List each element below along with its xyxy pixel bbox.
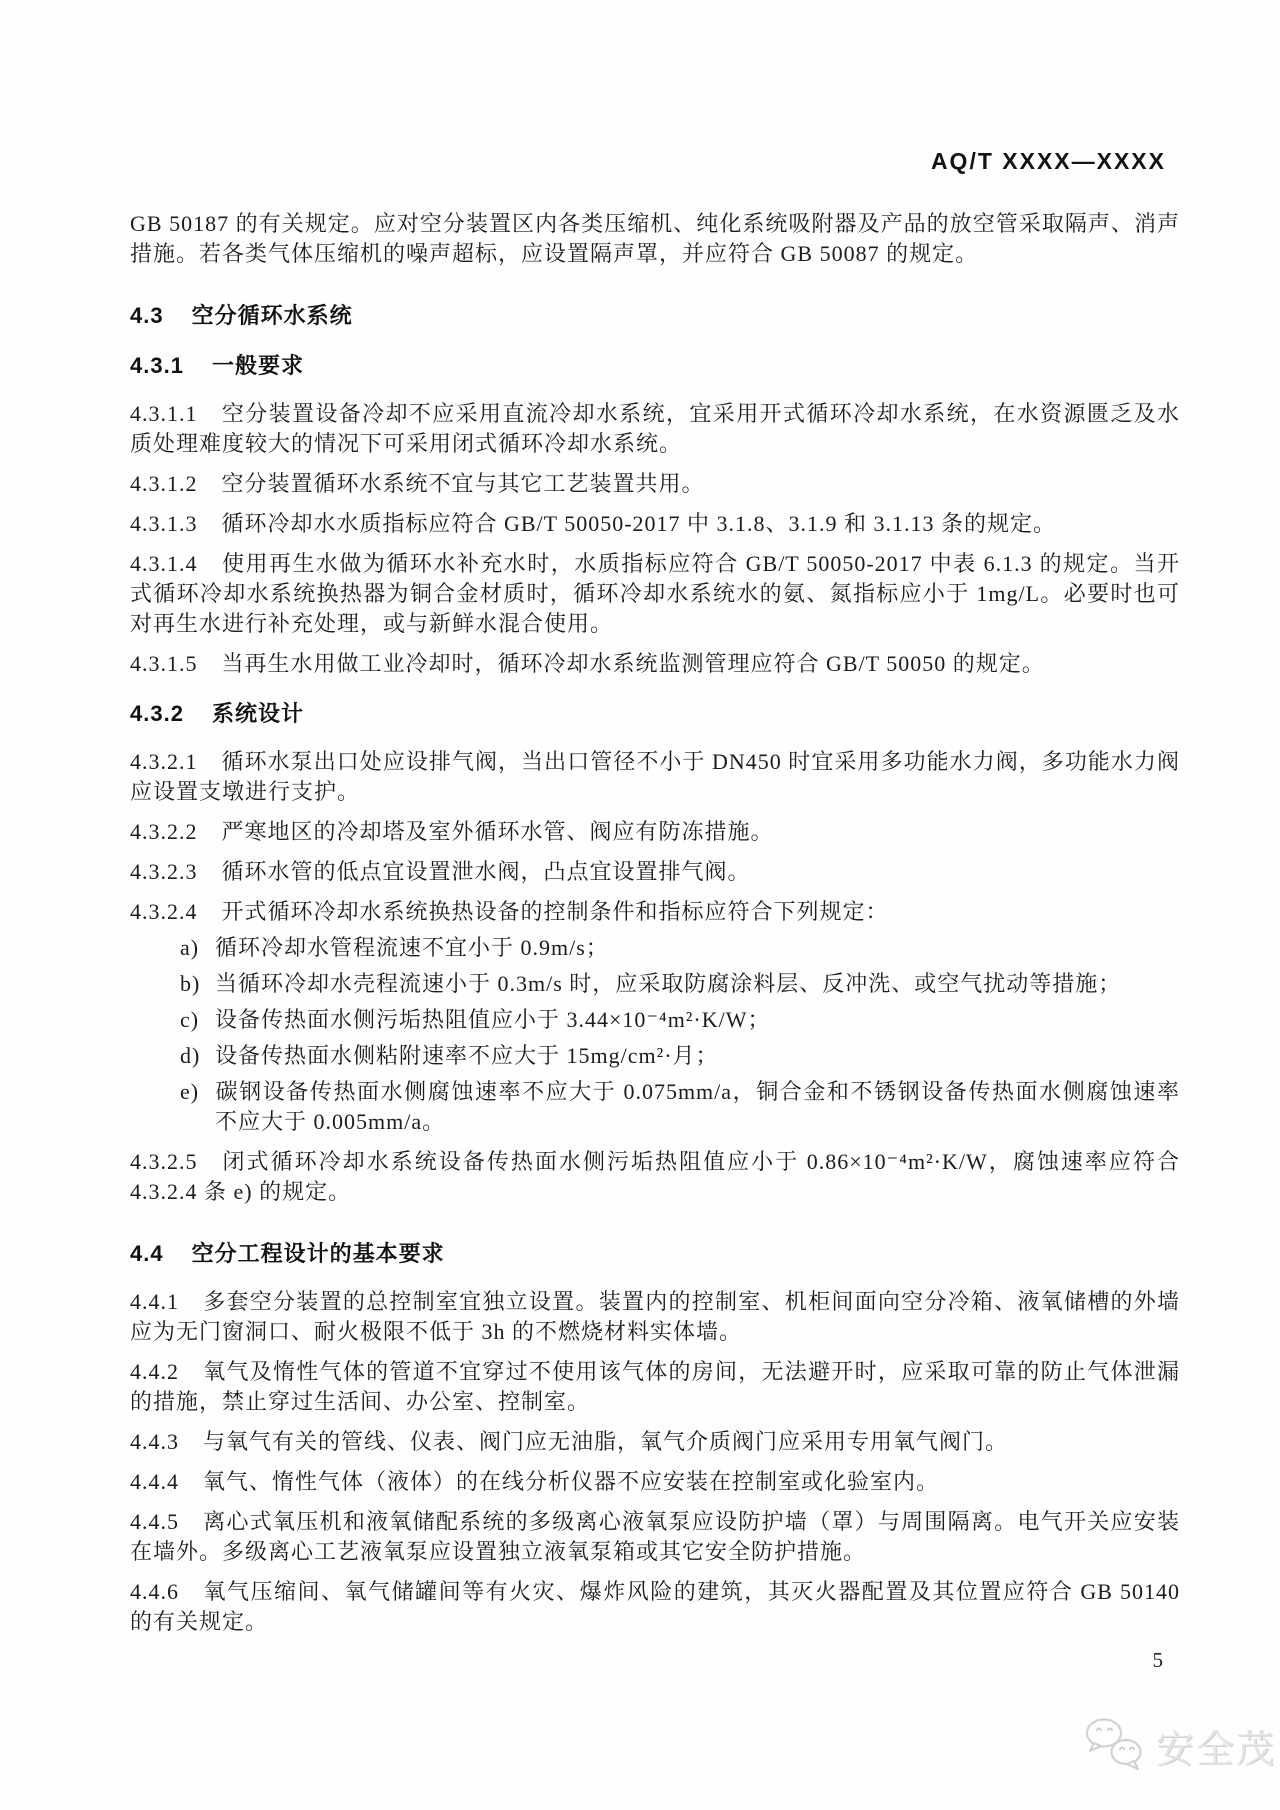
clause-label: 4.3.2.4: [130, 899, 198, 924]
wechat-bubbles-icon: [1082, 1716, 1148, 1774]
clause-text: 使用再生水做为循环水补充水时，水质指标应符合 GB/T 50050-2017 中…: [130, 551, 1180, 636]
clause-label: 4.3.1.1: [130, 401, 198, 426]
clause-text: 开式循环冷却水系统换热设备的控制条件和指标应符合下列规定：: [222, 899, 889, 924]
clause-paragraph: 4.3.1.2空分装置循环水系统不宜与其它工艺装置共用。: [130, 469, 1180, 499]
clause-text: 循环水泵出口处应设排气阀，当出口管径不小于 DN450 时宜采用多功能水力阀，多…: [130, 749, 1180, 804]
clause-label: 4.3.2.2: [130, 819, 198, 844]
clause-text: 严寒地区的冷却塔及室外循环水管、阀应有防冻措施。: [222, 819, 774, 844]
clause-label: 4.4.6: [130, 1579, 179, 1604]
clause-label: 4.3.2.1: [130, 749, 198, 774]
section-title: 空分循环水系统: [192, 303, 353, 328]
clause-label: 4.4.4: [130, 1469, 179, 1494]
clause-paragraph: 4.3.2.4开式循环冷却水系统换热设备的控制条件和指标应符合下列规定：: [130, 897, 1180, 927]
clause-paragraph: 4.4.5离心式氧压机和液氧储配系统的多级离心液氧泵应设防护墙（罩）与周围隔离。…: [130, 1507, 1180, 1567]
page-number: 5: [1153, 1648, 1164, 1673]
clause-label: 4.4.5: [130, 1509, 179, 1534]
section-heading-4-4: 4.4空分工程设计的基本要求: [130, 1239, 1180, 1269]
clause-paragraph: 4.3.1.4使用再生水做为循环水补充水时，水质指标应符合 GB/T 50050…: [130, 549, 1180, 639]
clause-paragraph: 4.3.1.1空分装置设备冷却不应采用直流冷却水系统，宜采用开式循环冷却水系统，…: [130, 399, 1180, 459]
list-item-c: c)设备传热面水侧污垢热阻值应小于 3.44×10⁻⁴m²·K/W；: [130, 1005, 1180, 1035]
list-item-text: 设备传热面水侧污垢热阻值应小于 3.44×10⁻⁴m²·K/W；: [215, 1007, 771, 1032]
clause-label: 4.4.3: [130, 1429, 179, 1454]
section-heading-4-3: 4.3空分循环水系统: [130, 301, 1180, 331]
watermark: 安全茂: [1082, 1716, 1276, 1774]
clause-paragraph: 4.4.3与氧气有关的管线、仪表、阀门应无油脂，氧气介质阀门应采用专用氧气阀门。: [130, 1427, 1180, 1457]
section-heading-4-3-2: 4.3.2系统设计: [130, 699, 1180, 729]
list-marker: c): [180, 1005, 215, 1035]
list-marker: d): [180, 1041, 215, 1071]
clause-label: 4.3.2.5: [130, 1149, 198, 1174]
clause-text: 当再生水用做工业冷却时，循环冷却水系统监测管理应符合 GB/T 50050 的规…: [222, 651, 1045, 676]
clause-text: 氧气压缩间、氧气储罐间等有火灾、爆炸风险的建筑，其灭火器配置及其位置应符合 GB…: [130, 1579, 1180, 1634]
clause-text: 多套空分装置的总控制室宜独立设置。装置内的控制室、机柜间面向空分冷箱、液氧储槽的…: [130, 1289, 1180, 1344]
section-label: 4.4: [130, 1241, 164, 1266]
section-label: 4.3: [130, 303, 164, 328]
standard-number-header: AQ/T XXXX—XXXX: [130, 148, 1180, 175]
clause-label: 4.4.2: [130, 1359, 179, 1384]
section-heading-4-3-1: 4.3.1一般要求: [130, 351, 1180, 381]
clause-text: 与氧气有关的管线、仪表、阀门应无油脂，氧气介质阀门应采用专用氧气阀门。: [203, 1429, 1008, 1454]
clause-paragraph: 4.4.2氧气及惰性气体的管道不宜穿过不使用该气体的房间，无法避开时，应采取可靠…: [130, 1357, 1180, 1417]
list-item-b: b)当循环冷却水壳程流速小于 0.3m/s 时，应采取防腐涂料层、反冲洗、或空气…: [130, 969, 1180, 999]
list-marker: b): [180, 969, 215, 999]
clause-label: 4.3.1.5: [130, 651, 198, 676]
list-marker: a): [180, 933, 215, 963]
clause-text: 循环冷却水水质指标应符合 GB/T 50050-2017 中 3.1.8、3.1…: [222, 511, 1057, 536]
list-item-a: a)循环冷却水管程流速不宜小于 0.9m/s；: [130, 933, 1180, 963]
clause-label: 4.4.1: [130, 1289, 179, 1314]
document-page: AQ/T XXXX—XXXX GB 50187 的有关规定。应对空分装置区内各类…: [0, 0, 1280, 1810]
clause-label: 4.3.2.3: [130, 859, 198, 884]
list-item-e: e)碳钢设备传热面水侧腐蚀速率不应大于 0.075mm/a，铜合金和不锈钢设备传…: [130, 1077, 1180, 1137]
paragraph-text: GB 50187 的有关规定。应对空分装置区内各类压缩机、纯化系统吸附器及产品的…: [130, 211, 1180, 266]
clause-paragraph: 4.4.6氧气压缩间、氧气储罐间等有火灾、爆炸风险的建筑，其灭火器配置及其位置应…: [130, 1577, 1180, 1637]
list-item-text: 设备传热面水侧粘附速率不应大于 15mg/cm²·月；: [215, 1043, 719, 1068]
section-label: 4.3.1: [130, 353, 184, 378]
clause-text: 氧气及惰性气体的管道不宜穿过不使用该气体的房间，无法避开时，应采取可靠的防止气体…: [130, 1359, 1180, 1414]
clause-label: 4.3.1.2: [130, 471, 198, 496]
clause-label: 4.3.1.4: [130, 551, 198, 576]
list-item-text: 循环冷却水管程流速不宜小于 0.9m/s；: [215, 935, 609, 960]
list-marker: e): [180, 1077, 215, 1107]
list-item-d: d)设备传热面水侧粘附速率不应大于 15mg/cm²·月；: [130, 1041, 1180, 1071]
clause-paragraph: 4.4.4氧气、惰性气体（液体）的在线分析仪器不应安装在控制室或化验室内。: [130, 1467, 1180, 1497]
clause-paragraph: 4.3.1.3循环冷却水水质指标应符合 GB/T 50050-2017 中 3.…: [130, 509, 1180, 539]
clause-paragraph: 4.3.1.5当再生水用做工业冷却时，循环冷却水系统监测管理应符合 GB/T 5…: [130, 649, 1180, 679]
clause-text: 闭式循环冷却水系统设备传热面水侧污垢热阻值应小于 0.86×10⁻⁴m²·K/W…: [130, 1149, 1180, 1204]
clause-text: 空分装置循环水系统不宜与其它工艺装置共用。: [222, 471, 705, 496]
watermark-text: 安全茂: [1156, 1718, 1276, 1773]
clause-paragraph: 4.4.1多套空分装置的总控制室宜独立设置。装置内的控制室、机柜间面向空分冷箱、…: [130, 1287, 1180, 1347]
list-item-text: 当循环冷却水壳程流速小于 0.3m/s 时，应采取防腐涂料层、反冲洗、或空气扰动…: [215, 971, 1121, 996]
clause-text: 氧气、惰性气体（液体）的在线分析仪器不应安装在控制室或化验室内。: [203, 1469, 939, 1494]
clause-text: 循环水管的低点宜设置泄水阀，凸点宜设置排气阀。: [222, 859, 751, 884]
section-title: 系统设计: [212, 701, 304, 726]
clause-label: 4.3.1.3: [130, 511, 198, 536]
clause-text: 离心式氧压机和液氧储配系统的多级离心液氧泵应设防护墙（罩）与周围隔离。电气开关应…: [130, 1509, 1180, 1564]
clause-paragraph: 4.3.2.2严寒地区的冷却塔及室外循环水管、阀应有防冻措施。: [130, 817, 1180, 847]
clause-paragraph: 4.3.2.3循环水管的低点宜设置泄水阀，凸点宜设置排气阀。: [130, 857, 1180, 887]
clause-paragraph: 4.3.2.1循环水泵出口处应设排气阀，当出口管径不小于 DN450 时宜采用多…: [130, 747, 1180, 807]
clause-paragraph: 4.3.2.5闭式循环冷却水系统设备传热面水侧污垢热阻值应小于 0.86×10⁻…: [130, 1147, 1180, 1207]
list-item-text: 碳钢设备传热面水侧腐蚀速率不应大于 0.075mm/a，铜合金和不锈钢设备传热面…: [215, 1079, 1180, 1134]
section-title: 空分工程设计的基本要求: [192, 1241, 445, 1266]
clause-text: 空分装置设备冷却不应采用直流冷却水系统，宜采用开式循环冷却水系统，在水资源匮乏及…: [130, 401, 1180, 456]
section-title: 一般要求: [212, 353, 304, 378]
body-paragraph: GB 50187 的有关规定。应对空分装置区内各类压缩机、纯化系统吸附器及产品的…: [130, 209, 1180, 269]
section-label: 4.3.2: [130, 701, 184, 726]
